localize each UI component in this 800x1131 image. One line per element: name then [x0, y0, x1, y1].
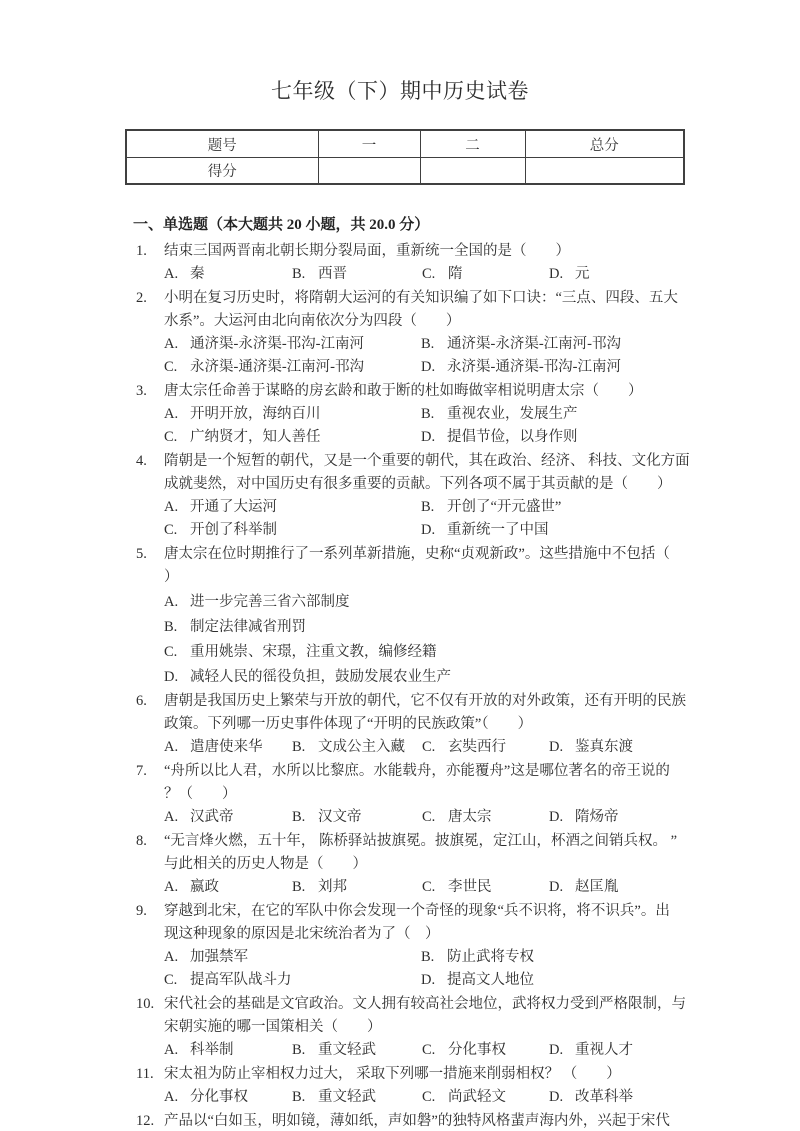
- question-number: 7.: [133, 760, 164, 829]
- question-text: 小明在复习历史时，将隋朝大运河的有关知识编了如下口诀：“三点、四段、五大 水系”…: [164, 287, 706, 333]
- option-text: 开通了大运河: [190, 499, 277, 515]
- question: 12.产品以“白如玉，明如镜，薄如纸，声如磐”的独特风格蜚声海内外，兴起于宋代: [133, 1110, 800, 1131]
- option-text: 改革科举: [575, 1089, 633, 1105]
- option-a: A.科举制: [164, 1039, 292, 1062]
- option-text: 加强禁军: [190, 949, 248, 965]
- option-text: 重新统一了中国: [447, 522, 549, 538]
- option-label: B.: [292, 736, 318, 759]
- option-text: 汉文帝: [318, 809, 362, 825]
- option-c: C.分化事权: [422, 1039, 549, 1062]
- question-text: 产品以“白如玉，明如镜，薄如纸，声如磐”的独特风格蜚声海内外，兴起于宋代: [164, 1110, 706, 1131]
- question-number: 4.: [133, 450, 164, 542]
- option-b: B.重文轻武: [292, 1086, 422, 1109]
- option-text: 开创了“开元盛世”: [447, 499, 561, 515]
- option-a: A.开明开放，海纳百川: [164, 403, 421, 426]
- option-text: 开明开放，海纳百川: [190, 406, 321, 422]
- question-text: 穿越到北宋，在它的军队中你会发现一个奇怪的现象“兵不识将，将不识兵”。出 现这种…: [164, 900, 706, 946]
- option-label: A.: [164, 946, 190, 969]
- question-number: 3.: [133, 380, 164, 449]
- question-text: 宋太祖为防止宰相权力过大， 采取下列哪一措施来削弱相权？ （ ）: [164, 1063, 706, 1086]
- section-heading: 一、单选题（本大题共 20 小题，共 20.0 分）: [133, 214, 800, 237]
- options-group: A.加强禁军B.防止武将专权C.提高军队战斗力D.提高文人地位: [164, 946, 706, 992]
- question-body: 结束三国两晋南北朝长期分裂局面，重新统一全国的是（ ）A.秦B.西晋C.隋D.元: [164, 240, 706, 286]
- option-text: 开创了科举制: [190, 522, 277, 538]
- question-body: 穿越到北宋，在它的军队中你会发现一个奇怪的现象“兵不识将，将不识兵”。出 现这种…: [164, 900, 706, 992]
- option-label: B.: [292, 263, 318, 286]
- option-d: D.赵匡胤: [549, 876, 706, 899]
- option-label: B.: [421, 496, 447, 519]
- options-group: A.进一步完善三省六部制度B.制定法律减省刑罚C.重用姚崇、宋璟，注重文教，编修…: [164, 591, 706, 689]
- option-label: A.: [164, 403, 190, 426]
- score-table: 题号 一 二 总分 得分: [125, 129, 685, 185]
- option-text: 提倡节俭，以身作则: [447, 429, 578, 445]
- score-cell-section-one: [318, 158, 420, 185]
- option-a: A.遣唐使来华: [164, 736, 292, 759]
- options-group: A.秦B.西晋C.隋D.元: [164, 263, 706, 286]
- question-text: “无言烽火燃，五十年， 陈桥驿站披旗冕。披旗冕，定江山，杯酒之间销兵权。 ” 与…: [164, 830, 706, 876]
- option-label: A.: [164, 736, 190, 759]
- question-number: 6.: [133, 690, 164, 759]
- option-a: A.汉武帝: [164, 806, 292, 829]
- question-text: “舟所以比人君，水所以比黎庶。水能载舟，亦能覆舟”这是哪位著名的帝王说的 ？（ …: [164, 760, 706, 806]
- option-d: D.隋炀帝: [549, 806, 706, 829]
- option-c: C.重用姚崇、宋璟，注重文教，编修经籍: [164, 641, 706, 664]
- question-body: 小明在复习历史时，将隋朝大运河的有关知识编了如下口诀：“三点、四段、五大 水系”…: [164, 287, 706, 379]
- option-label: D.: [421, 969, 447, 992]
- option-label: B.: [292, 1086, 318, 1109]
- score-table-header-section-one: 一: [318, 130, 420, 158]
- question-body: 唐朝是我国历史上繁荣与开放的朝代，它不仅有开放的对外政策，还有开明的民族 政策。…: [164, 690, 706, 759]
- option-a: A.嬴政: [164, 876, 292, 899]
- option-label: A.: [164, 263, 190, 286]
- option-text: 通济渠-永济渠-邗沟-江南河: [190, 336, 364, 352]
- options-group: A.开明开放，海纳百川B.重视农业，发展生产C.广纳贤才，知人善任D.提倡节俭，…: [164, 403, 706, 449]
- option-b: B.重文轻武: [292, 1039, 422, 1062]
- option-text: 通济渠-永济渠-江南河-邗沟: [447, 336, 621, 352]
- option-text: 重视人才: [575, 1042, 633, 1058]
- question: 2.小明在复习历史时，将隋朝大运河的有关知识编了如下口诀：“三点、四段、五大 水…: [133, 287, 800, 379]
- question-body: 产品以“白如玉，明如镜，薄如纸，声如磐”的独特风格蜚声海内外，兴起于宋代: [164, 1110, 706, 1131]
- option-text: 分化事权: [190, 1089, 248, 1105]
- options-group: A.嬴政B.刘邦C.李世民D.赵匡胤: [164, 876, 706, 899]
- option-label: D.: [164, 666, 190, 689]
- question-number: 2.: [133, 287, 164, 379]
- option-label: B.: [292, 1039, 318, 1062]
- option-text: 秦: [190, 266, 205, 282]
- option-label: C.: [164, 641, 190, 664]
- option-label: B.: [292, 876, 318, 899]
- option-d: D.减轻人民的徭役负担，鼓励发展农业生产: [164, 666, 706, 689]
- option-d: D.重新统一了中国: [421, 519, 678, 542]
- option-text: 重文轻武: [318, 1042, 376, 1058]
- option-label: D.: [549, 876, 575, 899]
- option-label: B.: [421, 946, 447, 969]
- option-b: B.通济渠-永济渠-江南河-邗沟: [421, 333, 678, 356]
- option-label: B.: [421, 333, 447, 356]
- question: 1.结束三国两晋南北朝长期分裂局面，重新统一全国的是（ ）A.秦B.西晋C.隋D…: [133, 240, 800, 286]
- option-label: A.: [164, 591, 190, 614]
- option-b: B.重视农业，发展生产: [421, 403, 678, 426]
- question-text: 结束三国两晋南北朝长期分裂局面，重新统一全国的是（ ）: [164, 240, 706, 263]
- option-c: C.隋: [422, 263, 549, 286]
- option-text: 防止武将专权: [447, 949, 534, 965]
- option-c: C.玄奘西行: [422, 736, 549, 759]
- option-text: 文成公主入藏: [318, 739, 405, 755]
- option-a: A.开通了大运河: [164, 496, 421, 519]
- option-text: 尚武轻文: [448, 1089, 506, 1105]
- option-label: C.: [164, 426, 190, 449]
- question-text: 唐太宗任命善于谋略的房玄龄和敢于断的杜如晦做宰相说明唐太宗（ ）: [164, 380, 706, 403]
- option-label: A.: [164, 806, 190, 829]
- score-cell-section-two: [420, 158, 525, 185]
- option-label: C.: [422, 736, 448, 759]
- question: 7.“舟所以比人君，水所以比黎庶。水能载舟，亦能覆舟”这是哪位著名的帝王说的 ？…: [133, 760, 800, 829]
- exam-paper-page: 七年级（下）期中历史试卷 题号 一 二 总分 得分 一、单选题（本大题共 20 …: [0, 0, 800, 1131]
- option-b: B.西晋: [292, 263, 422, 286]
- option-label: C.: [164, 969, 190, 992]
- option-text: 分化事权: [448, 1042, 506, 1058]
- option-b: B.防止武将专权: [421, 946, 678, 969]
- option-c: C.李世民: [422, 876, 549, 899]
- option-label: C.: [164, 356, 190, 379]
- options-group: A.遣唐使来华B.文成公主入藏C.玄奘西行D.鉴真东渡: [164, 736, 706, 759]
- question-body: “舟所以比人君，水所以比黎庶。水能载舟，亦能覆舟”这是哪位著名的帝王说的 ？（ …: [164, 760, 706, 829]
- score-table-score-row: 得分: [126, 158, 684, 185]
- option-text: 遣唐使来华: [190, 739, 263, 755]
- option-text: 减轻人民的徭役负担，鼓励发展农业生产: [190, 669, 451, 685]
- question-body: 隋朝是一个短暂的朝代，又是一个重要的朝代，其在政治、经济、 科技、文化方面 成就…: [164, 450, 706, 542]
- option-label: C.: [422, 806, 448, 829]
- option-text: 科举制: [190, 1042, 234, 1058]
- option-text: 刘邦: [318, 879, 347, 895]
- option-d: D.提倡节俭，以身作则: [421, 426, 678, 449]
- question: 10.宋代社会的基础是文官政治。文人拥有较高社会地位，武将权力受到严格限制，与 …: [133, 993, 800, 1062]
- option-c: C.提高军队战斗力: [164, 969, 421, 992]
- option-label: C.: [422, 1039, 448, 1062]
- question-number: 8.: [133, 830, 164, 899]
- option-d: D.元: [549, 263, 706, 286]
- option-label: B.: [421, 403, 447, 426]
- option-label: A.: [164, 876, 190, 899]
- option-a: A.通济渠-永济渠-邗沟-江南河: [164, 333, 421, 356]
- question-text: 唐太宗在位时期推行了一系列革新措施，史称“贞观新政”。这些措施中不包括（ ）: [164, 543, 706, 589]
- question-body: 宋代社会的基础是文官政治。文人拥有较高社会地位，武将权力受到严格限制，与 宋朝实…: [164, 993, 706, 1062]
- option-text: 鉴真东渡: [575, 739, 633, 755]
- question-number: 5.: [133, 543, 164, 689]
- option-a: A.加强禁军: [164, 946, 421, 969]
- option-text: 制定法律减省刑罚: [190, 619, 306, 635]
- option-d: D.提高文人地位: [421, 969, 678, 992]
- option-d: D.永济渠-通济渠-邗沟-江南河: [421, 356, 678, 379]
- option-c: C.永济渠-通济渠-江南河-邗沟: [164, 356, 421, 379]
- question-body: 宋太祖为防止宰相权力过大， 采取下列哪一措施来削弱相权？ （ ）A.分化事权B.…: [164, 1063, 706, 1109]
- option-text: 隋炀帝: [575, 809, 619, 825]
- score-row-label: 得分: [126, 158, 318, 185]
- question: 6.唐朝是我国历史上繁荣与开放的朝代，它不仅有开放的对外政策，还有开明的民族 政…: [133, 690, 800, 759]
- question: 9.穿越到北宋，在它的军队中你会发现一个奇怪的现象“兵不识将，将不识兵”。出 现…: [133, 900, 800, 992]
- question-body: 唐太宗在位时期推行了一系列革新措施，史称“贞观新政”。这些措施中不包括（ ）A.…: [164, 543, 706, 689]
- option-label: D.: [421, 519, 447, 542]
- option-text: 西晋: [318, 266, 347, 282]
- options-group: A.汉武帝B.汉文帝C.唐太宗D.隋炀帝: [164, 806, 706, 829]
- score-table-header-section-two: 二: [420, 130, 525, 158]
- option-text: 永济渠-通济渠-邗沟-江南河: [447, 359, 621, 375]
- option-text: 隋: [448, 266, 463, 282]
- option-label: B.: [292, 806, 318, 829]
- option-c: C.广纳贤才，知人善任: [164, 426, 421, 449]
- option-label: A.: [164, 1086, 190, 1109]
- question: 3.唐太宗任命善于谋略的房玄龄和敢于断的杜如晦做宰相说明唐太宗（ ）A.开明开放…: [133, 380, 800, 449]
- option-b: B.开创了“开元盛世”: [421, 496, 678, 519]
- option-d: D.改革科举: [549, 1086, 706, 1109]
- page-title: 七年级（下）期中历史试卷: [0, 0, 800, 104]
- question-number: 10.: [133, 993, 164, 1062]
- option-c: C.开创了科举制: [164, 519, 421, 542]
- option-label: A.: [164, 496, 190, 519]
- option-label: D.: [549, 1086, 575, 1109]
- option-b: B.汉文帝: [292, 806, 422, 829]
- option-label: B.: [164, 616, 190, 639]
- option-label: C.: [422, 876, 448, 899]
- option-label: D.: [549, 806, 575, 829]
- option-text: 李世民: [448, 879, 492, 895]
- options-group: A.分化事权B.重文轻武C.尚武轻文D.改革科举: [164, 1086, 706, 1109]
- option-text: 元: [575, 266, 590, 282]
- question: 8.“无言烽火燃，五十年， 陈桥驿站披旗冕。披旗冕，定江山，杯酒之间销兵权。 ”…: [133, 830, 800, 899]
- option-b: B.刘邦: [292, 876, 422, 899]
- option-text: 重用姚崇、宋璟，注重文教，编修经籍: [190, 644, 437, 660]
- option-text: 汉武帝: [190, 809, 234, 825]
- option-c: C.尚武轻文: [422, 1086, 549, 1109]
- option-text: 重文轻武: [318, 1089, 376, 1105]
- option-text: 提高文人地位: [447, 972, 534, 988]
- question: 5.唐太宗在位时期推行了一系列革新措施，史称“贞观新政”。这些措施中不包括（ ）…: [133, 543, 800, 689]
- option-d: D.鉴真东渡: [549, 736, 706, 759]
- option-label: C.: [422, 1086, 448, 1109]
- option-label: A.: [164, 333, 190, 356]
- question-body: 唐太宗任命善于谋略的房玄龄和敢于断的杜如晦做宰相说明唐太宗（ ）A.开明开放，海…: [164, 380, 706, 449]
- option-b: B.文成公主入藏: [292, 736, 422, 759]
- question-list: 1.结束三国两晋南北朝长期分裂局面，重新统一全国的是（ ）A.秦B.西晋C.隋D…: [133, 240, 800, 1131]
- option-c: C.唐太宗: [422, 806, 549, 829]
- option-text: 赵匡胤: [575, 879, 619, 895]
- question-text: 隋朝是一个短暂的朝代，又是一个重要的朝代，其在政治、经济、 科技、文化方面 成就…: [164, 450, 706, 496]
- question-number: 11.: [133, 1063, 164, 1109]
- options-group: A.通济渠-永济渠-邗沟-江南河B.通济渠-永济渠-江南河-邗沟C.永济渠-通济…: [164, 333, 706, 379]
- score-table-header-row: 题号 一 二 总分: [126, 130, 684, 158]
- options-group: A.科举制B.重文轻武C.分化事权D.重视人才: [164, 1039, 706, 1062]
- option-a: A.分化事权: [164, 1086, 292, 1109]
- score-table-header-question-number: 题号: [126, 130, 318, 158]
- option-a: A.进一步完善三省六部制度: [164, 591, 706, 614]
- option-label: C.: [422, 263, 448, 286]
- question-text: 唐朝是我国历史上繁荣与开放的朝代，它不仅有开放的对外政策，还有开明的民族 政策。…: [164, 690, 706, 736]
- score-table-header-total: 总分: [525, 130, 684, 158]
- question-number: 1.: [133, 240, 164, 286]
- option-text: 唐太宗: [448, 809, 492, 825]
- question-text: 宋代社会的基础是文官政治。文人拥有较高社会地位，武将权力受到严格限制，与 宋朝实…: [164, 993, 706, 1039]
- option-label: D.: [549, 263, 575, 286]
- option-text: 永济渠-通济渠-江南河-邗沟: [190, 359, 364, 375]
- option-label: A.: [164, 1039, 190, 1062]
- question: 4.隋朝是一个短暂的朝代，又是一个重要的朝代，其在政治、经济、 科技、文化方面 …: [133, 450, 800, 542]
- option-label: D.: [421, 356, 447, 379]
- option-text: 嬴政: [190, 879, 219, 895]
- question: 11.宋太祖为防止宰相权力过大， 采取下列哪一措施来削弱相权？ （ ）A.分化事…: [133, 1063, 800, 1109]
- option-text: 提高军队战斗力: [190, 972, 292, 988]
- question-number: 9.: [133, 900, 164, 992]
- question-number: 12.: [133, 1110, 164, 1131]
- option-text: 重视农业，发展生产: [447, 406, 578, 422]
- option-d: D.重视人才: [549, 1039, 706, 1062]
- option-text: 进一步完善三省六部制度: [190, 594, 350, 610]
- option-label: D.: [421, 426, 447, 449]
- option-text: 玄奘西行: [448, 739, 506, 755]
- option-a: A.秦: [164, 263, 292, 286]
- option-text: 广纳贤才，知人善任: [190, 429, 321, 445]
- option-label: C.: [164, 519, 190, 542]
- question-body: “无言烽火燃，五十年， 陈桥驿站披旗冕。披旗冕，定江山，杯酒之间销兵权。 ” 与…: [164, 830, 706, 899]
- option-label: D.: [549, 736, 575, 759]
- options-group: A.开通了大运河B.开创了“开元盛世”C.开创了科举制D.重新统一了中国: [164, 496, 706, 542]
- score-cell-total: [525, 158, 684, 185]
- option-label: D.: [549, 1039, 575, 1062]
- option-b: B.制定法律减省刑罚: [164, 616, 706, 639]
